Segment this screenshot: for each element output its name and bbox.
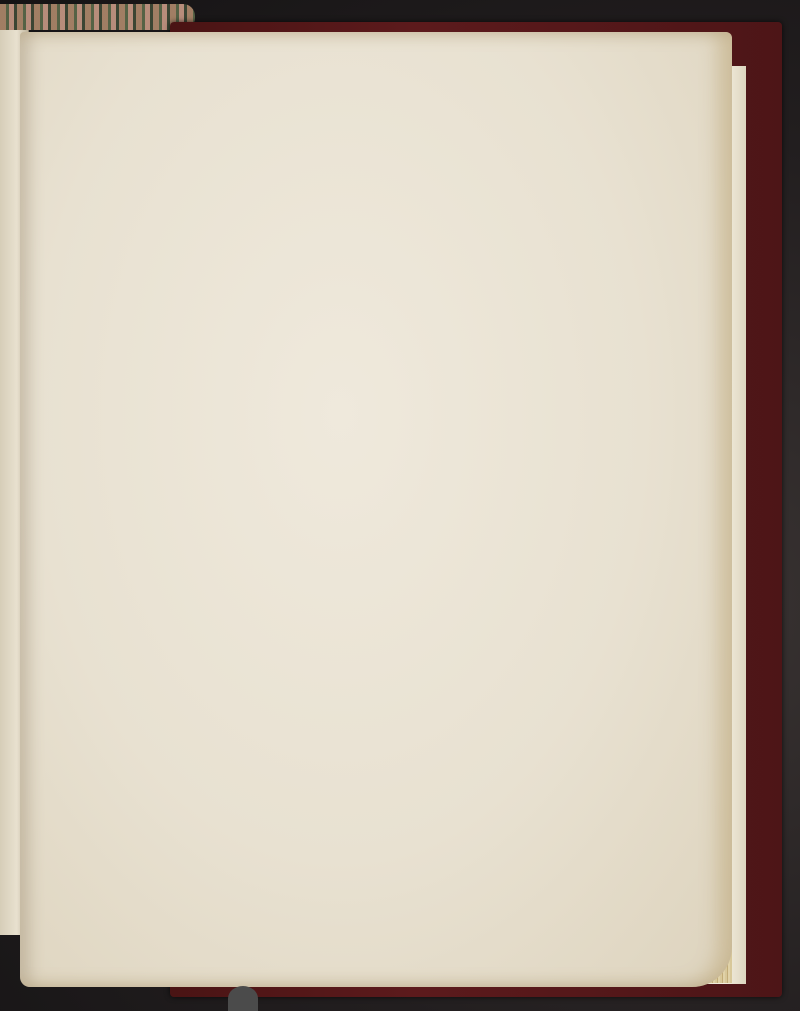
page-clip (228, 986, 258, 1011)
manuscript-page (20, 32, 732, 987)
headband (0, 4, 195, 30)
